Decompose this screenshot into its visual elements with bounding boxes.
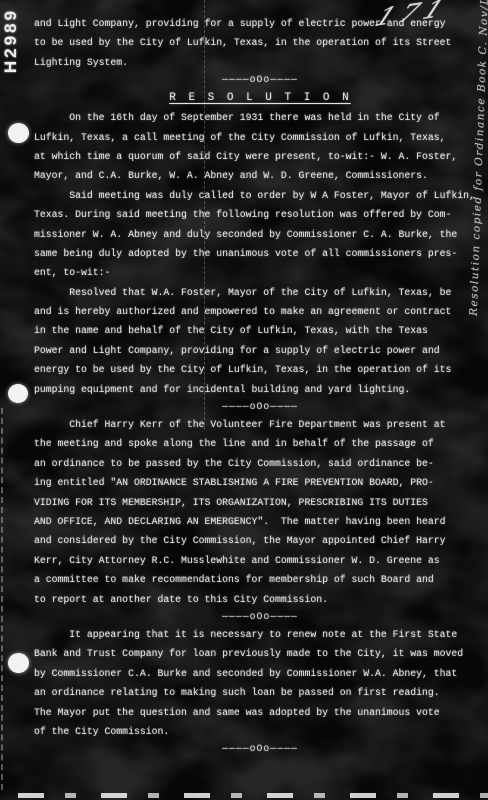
typed-line: missioner W. A. Abney and duly seconded … (34, 225, 486, 244)
section-separator: ————oOo———— (34, 399, 486, 415)
typed-line: ing entitled "AN ORDINANCE STABLISHING A… (34, 473, 486, 492)
typed-line: to report at another date to this City C… (34, 590, 486, 609)
section-separator: ————oOo———— (34, 741, 486, 757)
typed-line: Texas. During said meeting the following… (34, 205, 486, 224)
hole-punch (8, 384, 28, 403)
typed-line: an ordinance to be passed by the City Co… (34, 454, 486, 473)
typed-line: Lufkin, Texas, a call meeting of the Cit… (34, 128, 486, 147)
section-separator: ————oOo———— (34, 609, 486, 625)
archive-number: H2989 (1, 8, 21, 73)
section-separator: ————oOo———— (34, 72, 486, 88)
typed-line: Bank and Trust Company for loan previous… (34, 644, 486, 663)
typed-line: and Light Company, providing for a suppl… (34, 14, 486, 33)
typed-line: in the name and behalf of the City of Lu… (34, 321, 486, 340)
typed-line: an ordinance relating to making such loa… (34, 683, 486, 702)
typed-line: VIDING FOR ITS MEMBERSHIP, ITS ORGANIZAT… (34, 493, 486, 512)
typed-line: the meeting and spoke along the line and… (34, 434, 486, 453)
typed-line: The Mayor put the question and same was … (34, 703, 486, 722)
typed-line: ent, to-wit:- (34, 263, 486, 282)
hole-punch (8, 123, 29, 143)
typed-line: Chief Harry Kerr of the Volunteer Fire D… (34, 415, 486, 434)
typed-line: at which time a quorum of said City were… (34, 147, 486, 166)
typed-line: Said meeting was duly called to order by… (34, 186, 486, 205)
resolution-heading: R E S O L U T I O N (34, 88, 486, 108)
typed-line: It appearing that it is necessary to ren… (34, 625, 486, 644)
typed-line: energy to be used by the City of Lufkin,… (34, 360, 486, 379)
typed-line: of the City Commission. (34, 722, 486, 741)
typed-line: pumping equipment and for incidental bui… (34, 380, 486, 399)
document-body: and Light Company, providing for a suppl… (34, 14, 486, 757)
typed-line: Power and Light Company, providing for a… (34, 341, 486, 360)
typed-line: and is hereby authorized and empowered t… (34, 302, 486, 321)
typed-line: and considered by the City Commission, t… (34, 531, 486, 550)
typed-line: to be used by the City of Lufkin, Texas,… (34, 33, 486, 52)
typed-line: On the 16th day of September 1931 there … (34, 108, 486, 127)
typed-line: Resolved that W.A. Foster, Mayor of the … (34, 283, 486, 302)
page-bottom-edge-artifact (18, 793, 488, 798)
typed-line: by Commissioner C.A. Burke and seconded … (34, 664, 486, 683)
left-edge-artifact (1, 408, 3, 790)
typed-line: Kerr, City Attorney R.C. Musslewhite and… (34, 551, 486, 570)
typed-line: a committee to make recommendations for … (34, 570, 486, 589)
photostat-page: H2989 171 Resolution copied for Ordinanc… (0, 0, 488, 800)
typed-line: Mayor, and C.A. Burke, W. A. Abney and W… (34, 166, 486, 185)
typed-line: same being duly adopted by the unanimous… (34, 244, 486, 263)
typed-line: Lighting System. (34, 53, 486, 72)
hole-punch (8, 653, 29, 673)
typed-line: AND OFFICE, AND DECLARING AN EMERGENCY".… (34, 512, 486, 531)
